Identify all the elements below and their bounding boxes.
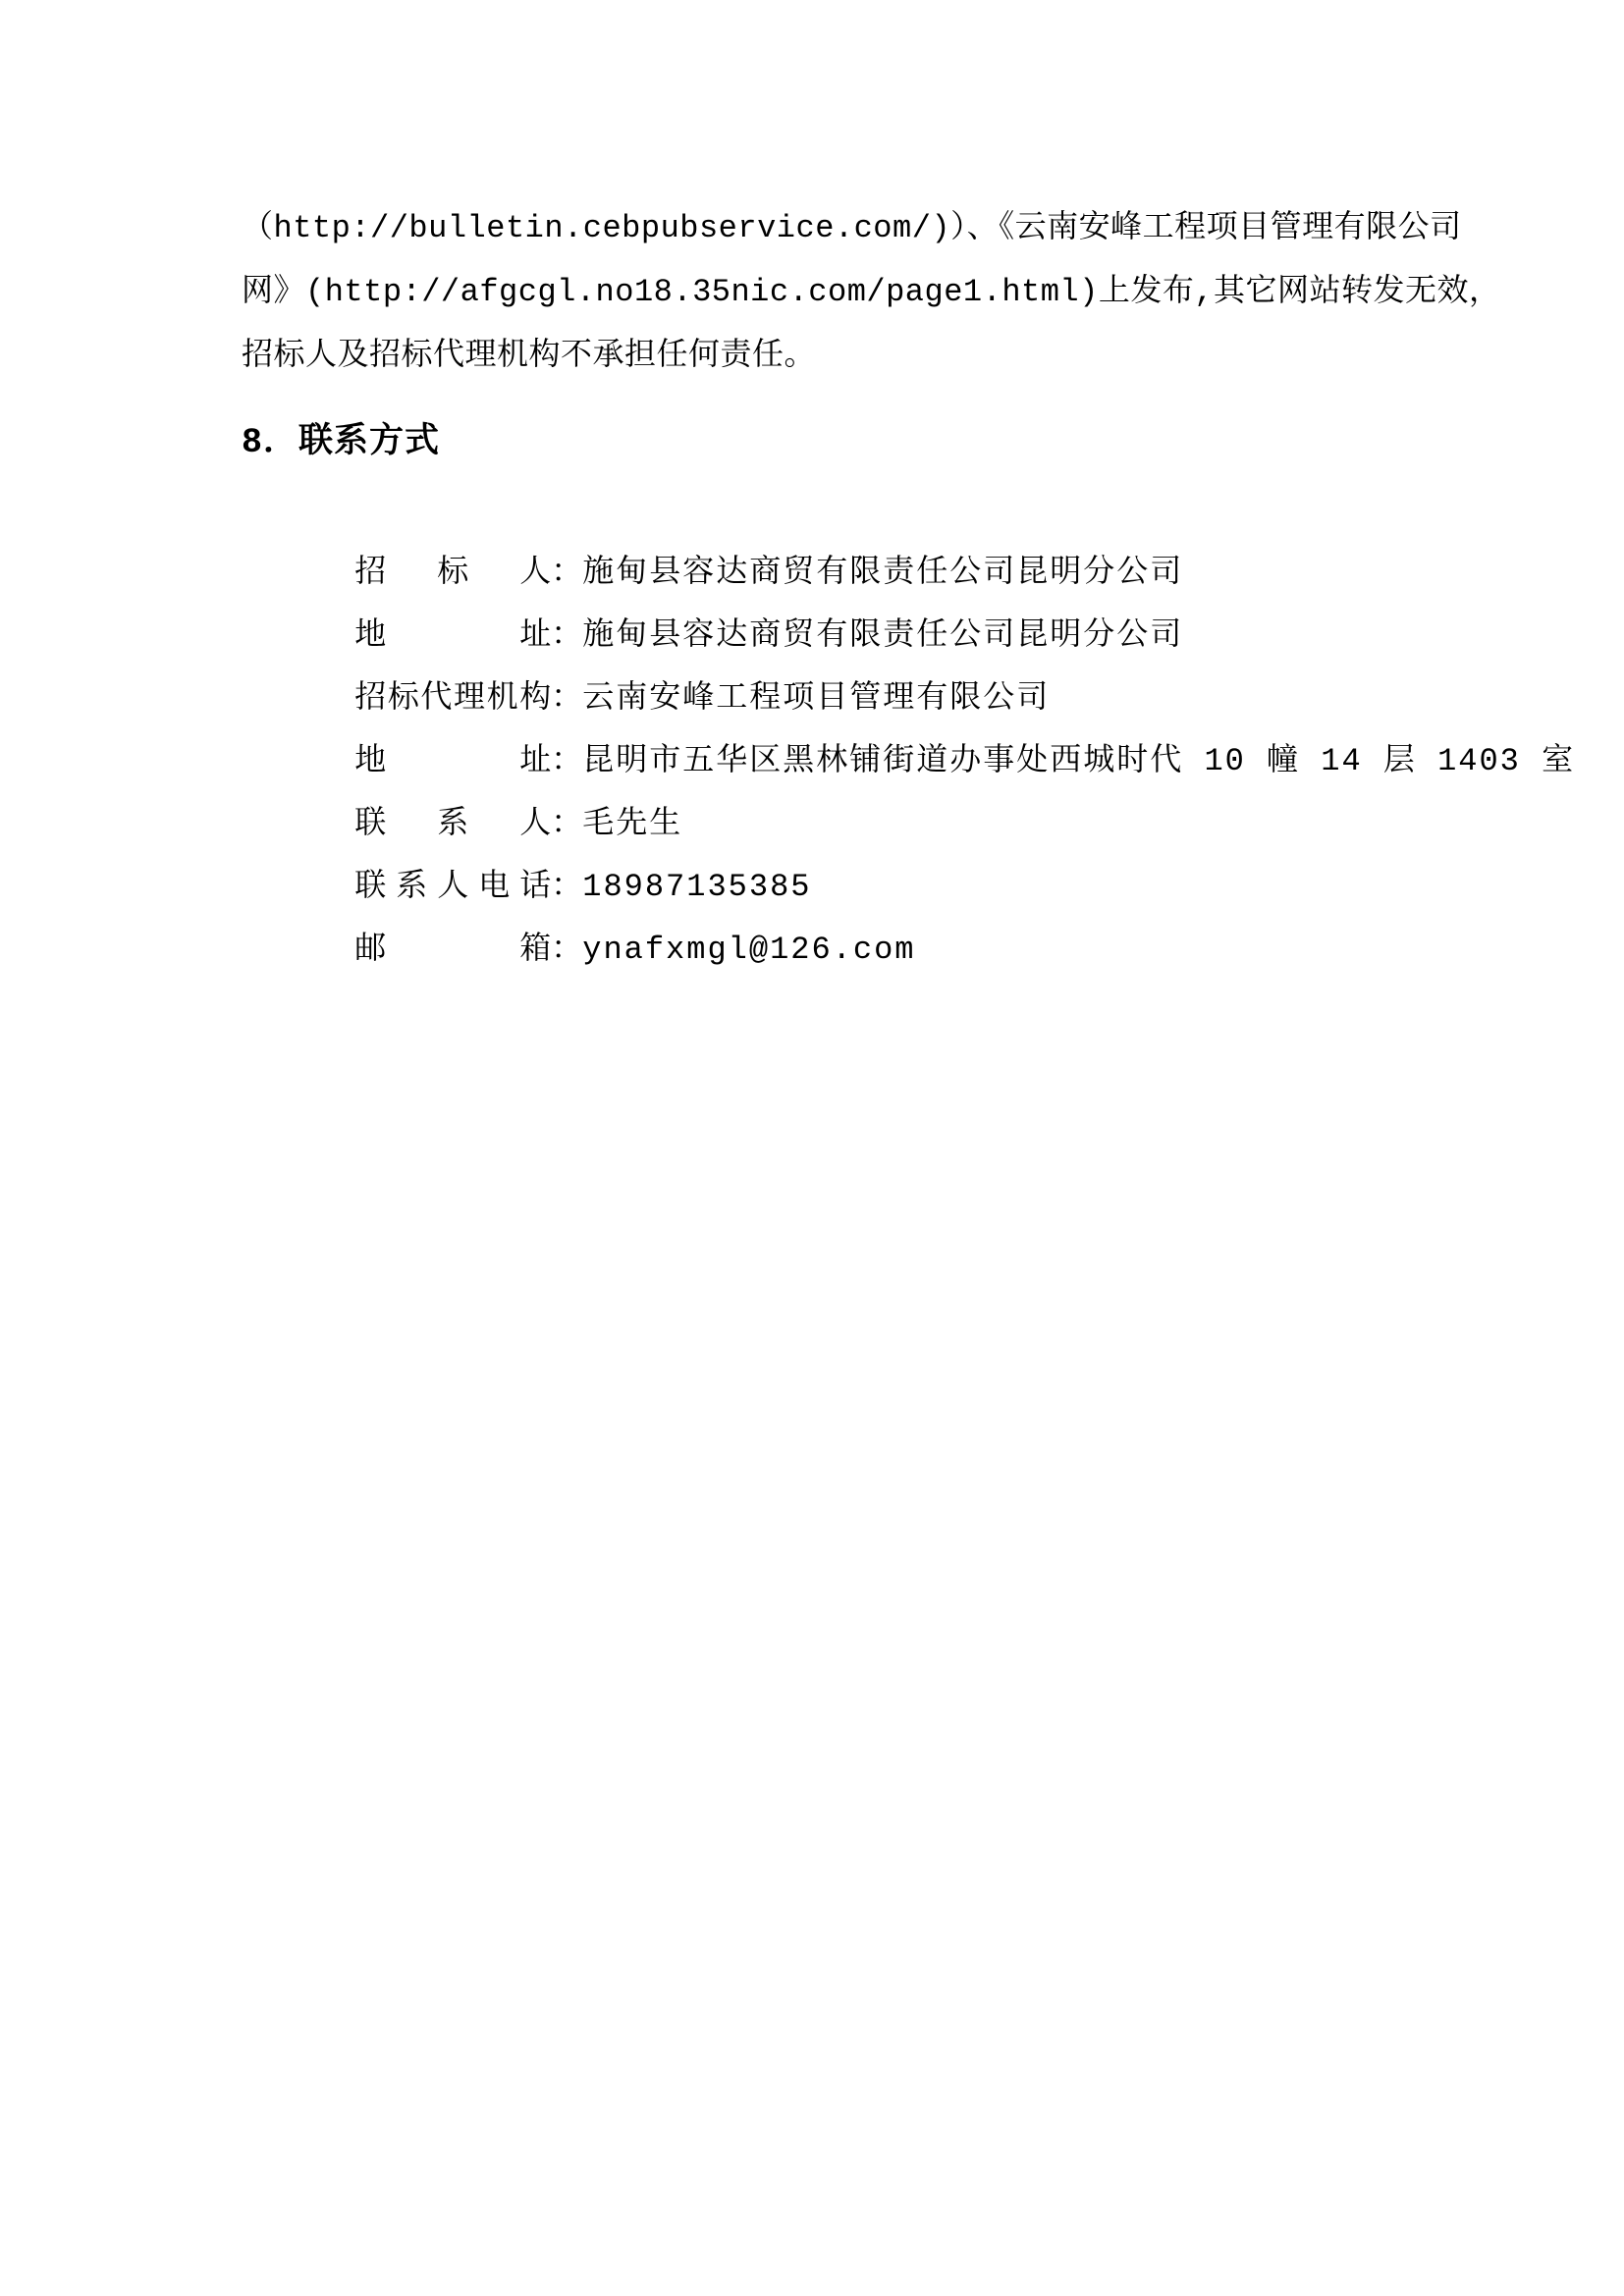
contact-row-email: 邮箱：ynafxmgl@126.com <box>242 894 915 1006</box>
paragraph-line: （http://bulletin.cebpubservice.com/)）、《云… <box>242 210 1462 247</box>
contact-label: 邮箱 <box>354 932 551 969</box>
document-page: （http://bulletin.cebpubservice.com/)）、《云… <box>0 0 1624 2296</box>
paragraph-line: 网》(http://afgcgl.no18.35nic.com/page1.ht… <box>242 274 1501 311</box>
contact-colon: ： <box>551 932 582 969</box>
contact-value: ynafxmgl@126.com <box>582 932 915 968</box>
paragraph-line: 招标人及招标代理机构不承担任何责任。 <box>242 338 816 375</box>
section-heading: 8．联系方式 <box>242 422 440 463</box>
contact-value: 昆明市五华区黑林铺街道办事处西城时代 10 幢 14 层 1403 室 <box>582 743 1575 779</box>
